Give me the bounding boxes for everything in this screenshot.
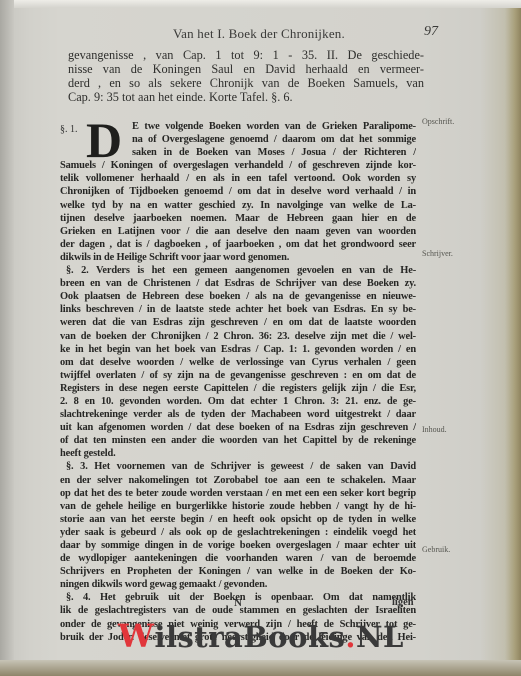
body-line: van de gehele heilige en burgerlikke his… [60, 500, 416, 513]
margin-note-opschrift: Opschrift. [422, 117, 454, 126]
body-line: en der selver nakomelingen tot Zorobabel… [60, 474, 416, 487]
body-line: Grieken en Latijnen voor / die aan desel… [60, 225, 416, 238]
body-line: E twe volgende Boeken worden van de Grie… [60, 120, 416, 133]
summary-line: derd , en so als sekere Chronijk van de … [68, 76, 424, 90]
body-line: §. 2. Verders is het een gemeen aangenom… [60, 264, 416, 277]
body-line: daar by sommige dingen in de vorige boek… [60, 539, 416, 552]
margin-note-schrijver: Schrijver. [422, 249, 453, 258]
body-line: na of Overgeslagene genoemd / daarom om … [60, 133, 416, 146]
body-line: Chronijken of Tijdboeken genoemd / om da… [60, 185, 416, 198]
body-line: weren dat die van Esdras zijn geschreven… [60, 316, 416, 329]
body-line: tijnen deselve jaarboeken noemen. Maar d… [60, 212, 416, 225]
chapter-summary: gevangenisse , van Cap. 1 tot 9: 1 - 35.… [68, 48, 424, 104]
body-line: der dagen , dat is / dagboeken , of jaar… [60, 238, 416, 251]
summary-line: Cap. 9: 35 tot aan het einde. Korte Tafe… [68, 90, 424, 104]
running-head: Van het I. Boek der Chronijken. 97 [80, 26, 438, 42]
scanned-book-page: Van het I. Boek der Chronijken. 97 gevan… [0, 0, 521, 676]
signature-mark: N [234, 597, 242, 609]
body-line: slachtrekeninge verder als de tyden der … [60, 408, 416, 421]
summary-line: gevangenisse , van Cap. 1 tot 9: 1 - 35.… [68, 48, 424, 62]
body-line: of dat ten minsten een ander die woorden… [60, 434, 416, 447]
body-line: heeft gesteld. [60, 447, 416, 460]
body-line: ningen dikwils word gewag gemaakt / gevo… [60, 578, 416, 591]
page-left-edge [0, 0, 14, 676]
summary-line: nisse van de Koningen Saul en David herh… [68, 62, 424, 76]
body-line: links beschreven / in de laatste stede a… [60, 303, 416, 316]
body-line: 2. 8 en 10. gevonden worden. Om dat echt… [60, 395, 416, 408]
body-line: Schrijvers en Propheten der Koningen / v… [60, 565, 416, 578]
body-text: E twe volgende Boeken worden van de Grie… [60, 120, 416, 644]
watermark-logo: WilstraBooks.NL [118, 617, 408, 657]
running-head-title: Van het I. Boek der Chronijken. [80, 26, 438, 42]
page-number: 97 [424, 24, 438, 40]
body-line: telik vollomener herhaald / en als in ee… [60, 172, 416, 185]
body-line: ke in het begin van het boek van Esdras … [60, 343, 416, 356]
body-line: op dat het des te beter zoude worden ver… [60, 487, 416, 500]
body-line: om dat deselve woorden / welke de verlos… [60, 356, 416, 369]
watermark-name: ilstraBooks [154, 620, 345, 654]
body-line: de wydlopiger aantekeningen die voorhand… [60, 552, 416, 565]
body-line: breen en van de Christenen / dat Esdras … [60, 277, 416, 290]
body-line: Registers in dese negen eerste Capittele… [60, 382, 416, 395]
body-line: van de boeken der Chronijken / 2 Chron. … [60, 330, 416, 343]
body-line: yder saak is gebeurd / als ook op de ges… [60, 526, 416, 539]
margin-note-gebruik: Gebruik. [422, 545, 450, 554]
body-line: saken in de Boeken van Moses / Josua / d… [60, 146, 416, 159]
catchword: ligen [392, 597, 414, 608]
watermark-dot: . [345, 620, 356, 654]
watermark-tld: NL [356, 620, 404, 654]
watermark-initial: W [118, 617, 154, 655]
page-top-edge [0, 0, 521, 8]
body-line: §. 3. Het voornemen van de Schrijver is … [60, 460, 416, 473]
body-line: uit kan afgenomen worden / dat dese boek… [60, 421, 416, 434]
body-line: Samuels / Koningen of overgeslagen verha… [60, 159, 416, 172]
body-line: dikwils in de Heilige Schrift voor jaar … [60, 251, 416, 264]
page-bottom-shadow [0, 660, 521, 676]
body-line: twijffel overlaten / of sy zijn na de ge… [60, 369, 416, 382]
body-line: storie aan van het eerste begin / en hee… [60, 513, 416, 526]
body-line: welke tyd by na en watter geschied zy. I… [60, 199, 416, 212]
body-line: Ook plaatsen de Hebreen dese boeken / al… [60, 290, 416, 303]
margin-note-inhoud: Inhoud. [422, 425, 447, 434]
